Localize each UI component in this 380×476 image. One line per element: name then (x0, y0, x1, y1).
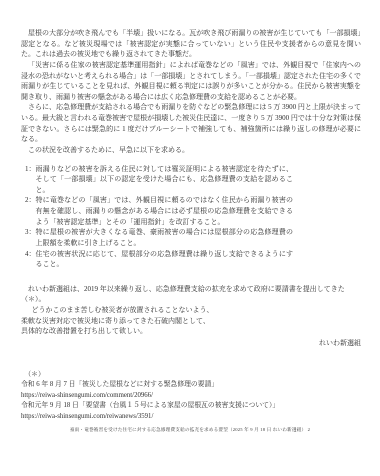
page-number: 2 (308, 427, 311, 432)
references-marker: （＊） (21, 370, 361, 381)
signature: れいわ新選組 (21, 338, 361, 349)
list-item-number: 4： (25, 249, 36, 260)
reference-link[interactable]: https://reiwa-shinsengumi.com/comment/20… (21, 392, 153, 399)
closing-line: どうかこのまま苦しむ被災者が放置されることないよう、 (21, 305, 361, 316)
list-item-number: 1： (25, 164, 36, 175)
closing-line: れいわ新選組は、2019 年以来繰り返し、応急修理費支給の拡充を求めて政府に要請… (21, 284, 361, 305)
list-item: 4： 住宅の被害状況に応じて、屋根部分の応急修理費は繰り返し支給できるようにする… (25, 249, 293, 270)
list-item-text: 特に竜巻などの「風害」では、外観目視に頼るのではなく住民から雨漏り被害の有無を確… (36, 195, 294, 227)
list-item-text: 雨漏りなどの被害を訴える住民に対しては罹災証明による被害認定を待たずに、そして「… (36, 164, 294, 196)
reference-title: 令和元年 9 月 18 日「要望書（台風１５号による家屋の屋根瓦の被害支援につい… (21, 401, 361, 412)
closing-line: 柔軟な災害対応で被災地に寄り添ってきた石破内閣として、 (21, 316, 361, 327)
demand-list: 1： 雨漏りなどの被害を訴える住民に対しては罹災証明による被害認定を待たずに、そ… (25, 164, 293, 270)
list-item-number: 3： (25, 227, 36, 238)
closing-statement: れいわ新選組は、2019 年以来繰り返し、応急修理費支給の拡充を求めて政府に要請… (21, 284, 361, 337)
list-item-number: 2： (25, 195, 36, 206)
list-item-text: 住宅の被害状況に応じて、屋根部分の応急修理費は繰り返し支給できるようにすること。 (36, 249, 294, 270)
list-item: 2： 特に竜巻などの「風害」では、外観目視に頼るのではなく住民から雨漏り被害の有… (25, 195, 293, 227)
reference-link[interactable]: https://reiwa-shinsengumi.com/reiwanews/… (21, 413, 153, 420)
paragraph-repair-cost-limit: さらに、応急修理費が支給される場合でも雨漏りを防ぐなどの緊急修理には 5 万 3… (21, 102, 361, 145)
references-section: （＊） 令和 6 年 8 月 7 日「被災した屋根などに対する緊急修理の要請」 … (21, 370, 361, 423)
paragraph-guideline-criticism: 「災害に係る住家の被害認定基準運用指針」によれば竜巻などの「風害」では、外観目視… (21, 60, 361, 103)
page-footer: 豪雨・竜巻被害を受けた住宅に対する応急修理費支給の拡充を求める要望（2025 年… (0, 427, 380, 433)
list-item-text: 特に屋根の被害が大きくなる竜巻、豪雨被害の場合には屋根部分の応急修理費の上限額を… (36, 227, 294, 248)
closing-line: 具体的な改善措置を打ち出して欲しい。 (21, 326, 361, 337)
list-item: 3： 特に屋根の被害が大きくなる竜巻、豪雨被害の場合には屋根部分の応急修理費の上… (25, 227, 293, 248)
document-body: 屋根の大部分が吹き飛んでも「半壊」扱いになる。瓦が吹き飛び雨漏りの被害が生じてい… (21, 28, 361, 422)
reference-title: 令和 6 年 8 月 7 日「被災した屋根などに対する緊急修理の要請」 (21, 380, 361, 391)
paragraph-demand-intro: この状況を改善するために、早急に以下を求める。 (21, 145, 361, 156)
list-item: 1： 雨漏りなどの被害を訴える住民に対しては罹災証明による被害認定を待たずに、そ… (25, 164, 293, 196)
paragraph-damage-assessment: 屋根の大部分が吹き飛んでも「半壊」扱いになる。瓦が吹き飛び雨漏りの被害が生じてい… (21, 28, 361, 60)
footer-running-title: 豪雨・竜巻被害を受けた住宅に対する応急修理費支給の拡充を求める要望（2025 年… (70, 427, 307, 432)
